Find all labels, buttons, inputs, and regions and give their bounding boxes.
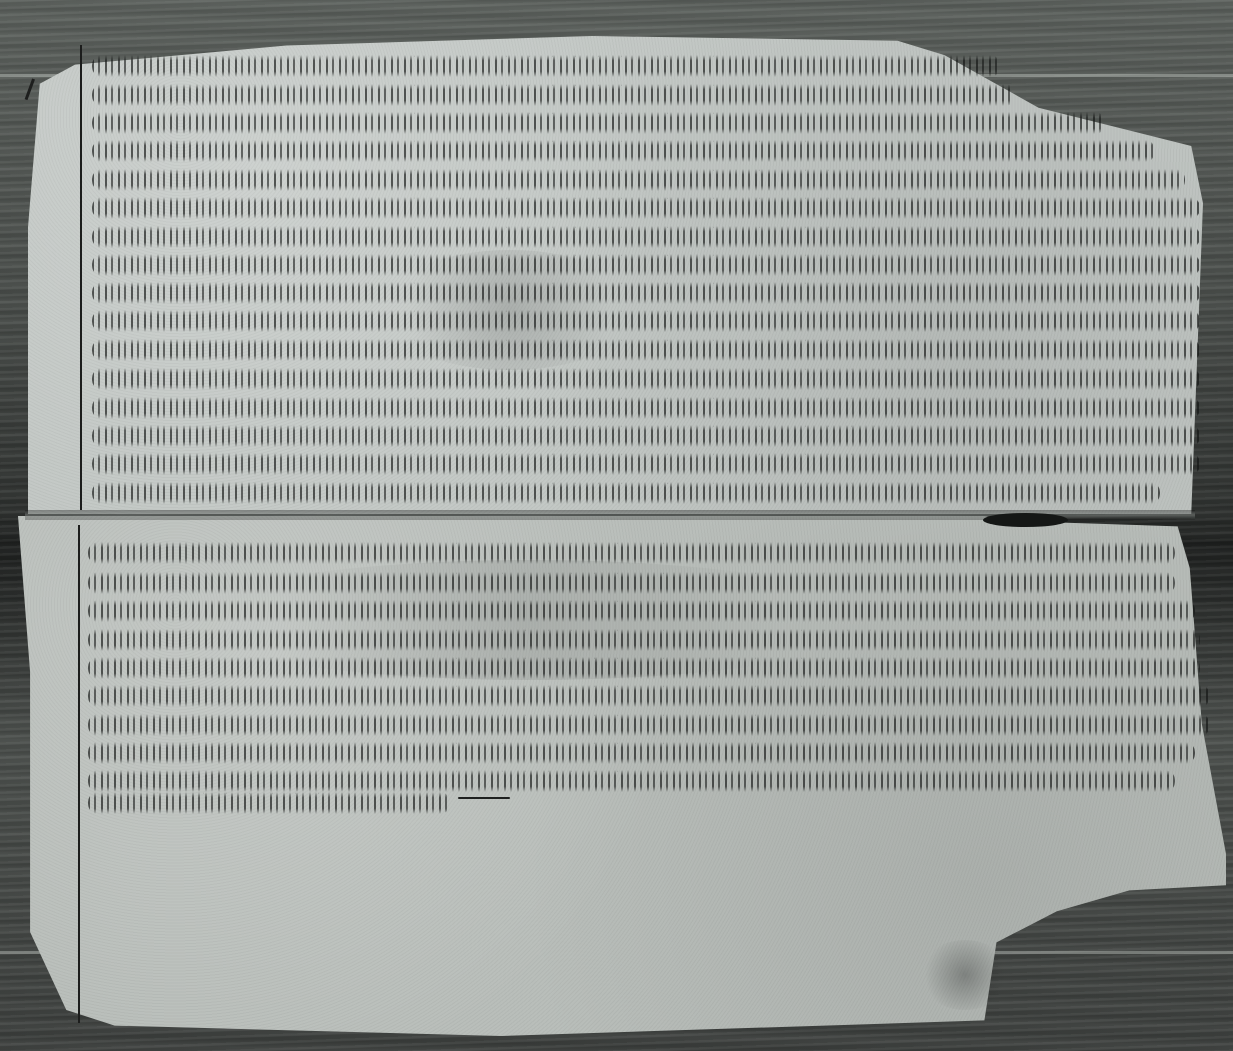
manuscript-text-line: [88, 792, 450, 814]
closing-dash: [458, 797, 510, 799]
manuscript-text-line: [92, 310, 1200, 332]
manuscript-text-line: [88, 542, 1175, 564]
manuscript-text-line: [92, 197, 1200, 219]
manuscript-text-line: [92, 282, 1200, 304]
paper-stain: [920, 940, 1010, 1010]
manuscript-text-line: [88, 685, 1210, 707]
manuscript-text-line: [88, 657, 1200, 679]
manuscript-text-line: [92, 169, 1185, 191]
lower-margin-rule: [78, 525, 80, 1023]
manuscript-text-line: [92, 84, 1015, 106]
manuscript-text-line: [92, 453, 1200, 475]
manuscript-text-line: [88, 600, 1195, 622]
manuscript-text-line: [88, 770, 1175, 792]
manuscript-text-line: [88, 572, 1175, 594]
manuscript-text-line: [88, 629, 1200, 651]
manuscript-text-line: [92, 55, 1000, 77]
manuscript-text-line: [92, 368, 1200, 390]
manuscript-text-line: [88, 742, 1195, 764]
fold-tear: [983, 513, 1068, 527]
manuscript-text-line: [88, 714, 1210, 736]
manuscript-text-line: [92, 482, 1160, 504]
manuscript-text-line: [92, 226, 1200, 248]
manuscript-text-line: [92, 140, 1155, 162]
manuscript-text-line: [92, 112, 1105, 134]
upper-margin-rule: [80, 45, 82, 510]
manuscript-text-line: [92, 254, 1200, 276]
manuscript-text-line: [92, 339, 1200, 361]
manuscript-text-line: [92, 425, 1200, 447]
manuscript-text-line: [92, 397, 1200, 419]
